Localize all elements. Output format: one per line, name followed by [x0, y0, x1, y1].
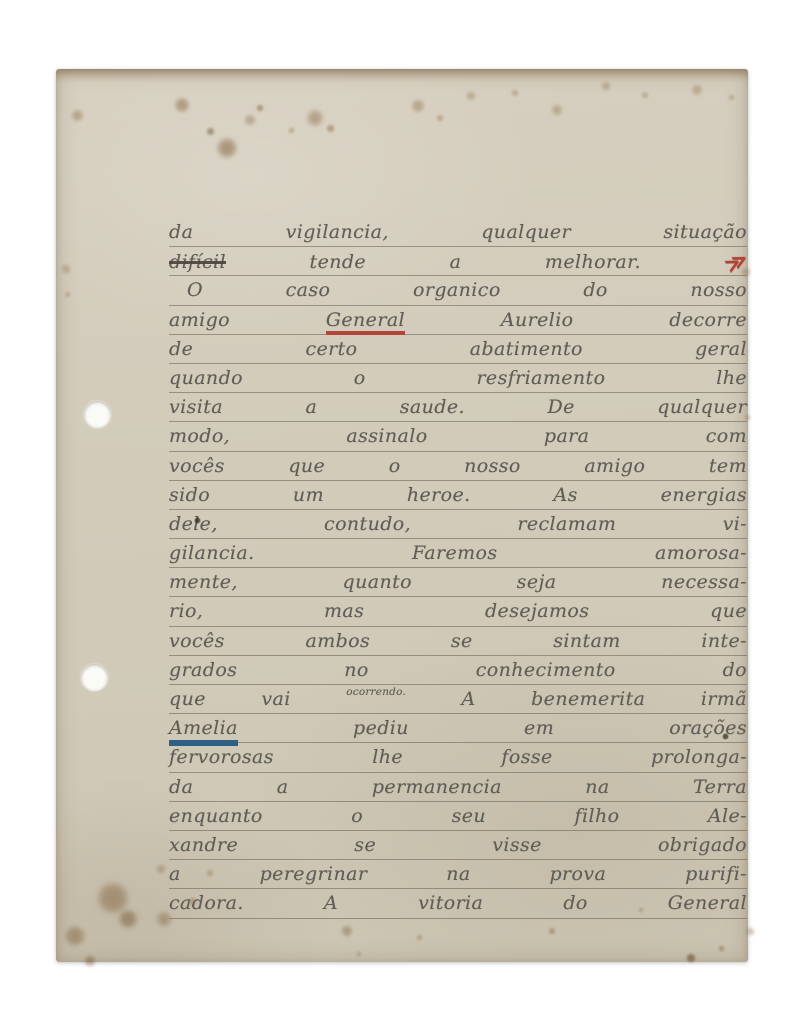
paper-stain: [288, 127, 295, 134]
blue-underlined-word: Amelia: [169, 717, 238, 746]
paper-stain: [691, 84, 703, 96]
manuscript-line: xandre se visse obrigado: [169, 831, 747, 860]
manuscript-line: fervorosas lhe fosse prolonga-: [169, 743, 747, 772]
paper-stain: [71, 109, 84, 122]
handwriting-text: vocês ambos se sintam inte-: [169, 630, 747, 652]
paper-stain: [216, 137, 238, 159]
paper-stain: [551, 104, 563, 116]
manuscript-line: O caso organico do nosso: [169, 276, 747, 305]
manuscript-line: da vigilancia, qualquer situação: [169, 218, 747, 247]
handwriting-text: amigo: [169, 309, 230, 331]
scanned-document-page: { "document": { "kind": "handwritten man…: [0, 0, 806, 1024]
paper-stain: [64, 925, 86, 947]
paper-stain: [411, 99, 425, 113]
paper-stain: [156, 864, 166, 874]
paper-stain: [118, 909, 138, 929]
handwriting-text: a peregrinar na prova purifi-: [169, 863, 747, 885]
manuscript-line: mente, quanto seja necessa-: [169, 568, 747, 597]
red-pencil-mark: ≫: [720, 244, 753, 279]
paper-stain: [728, 94, 735, 101]
handwriting-text: rio, mas desejamos que: [169, 600, 747, 622]
manuscript-line: dele, contudo, reclamam vi-: [169, 510, 747, 539]
paper-stain: [306, 109, 324, 127]
paper-stain: [511, 89, 519, 97]
paper-stain: [416, 934, 423, 941]
handwriting-text: dele, contudo, reclamam vi-: [169, 513, 747, 535]
paper-stain: [256, 104, 264, 112]
manuscript-line: de certo abatimento geral: [169, 335, 747, 364]
handwriting-text: visita a saude. De qualquer: [169, 396, 747, 418]
paper-stain: [206, 127, 215, 136]
inserted-word-above-line: ocorrendo.: [346, 686, 406, 698]
paper-stain: [341, 925, 353, 937]
handwriting-text: da vigilancia, qualquer situação: [169, 221, 747, 243]
hole-punch-top: [84, 401, 111, 428]
manuscript-line: gilancia. Faremos amorosa-: [169, 539, 747, 568]
paper-stain: [686, 953, 696, 963]
handwriting-text: tende a melhorar.: [310, 251, 641, 273]
handwriting-text: mente, quanto seja necessa-: [169, 571, 747, 593]
hole-punch-bottom: [81, 664, 108, 691]
manuscript-line: difícil tende a melhorar. ≫: [169, 247, 747, 276]
handwriting-text: modo, assinalo para com: [169, 425, 747, 447]
paper-stain: [356, 951, 362, 957]
paper-stain: [61, 264, 71, 274]
paper-stain: [548, 927, 556, 935]
paper-stain: [244, 114, 256, 126]
manuscript-line: visita a saude. De qualquer: [169, 393, 747, 422]
handwriting-text: cadora. A vitoria do General: [169, 892, 747, 914]
handwriting-text: da a permanencia na Terra: [169, 776, 747, 798]
red-underlined-word: General: [326, 309, 405, 335]
handwriting-text: sido um heroe. As energias: [169, 484, 747, 506]
paper-stain: [436, 114, 444, 122]
handwriting-text: de certo abatimento geral: [169, 338, 747, 360]
paper-stain: [64, 291, 71, 298]
manuscript-line: modo, assinalo para com: [169, 422, 747, 451]
paper-stain: [641, 91, 649, 99]
manuscript-paper: da vigilancia, qualquer situaçãodifícil …: [56, 69, 748, 962]
manuscript-line: sido um heroe. As energias: [169, 481, 747, 510]
manuscript-line: grados no conhecimento do: [169, 656, 747, 685]
manuscript-line: que vai ocorrendo. A benemerita irmã: [169, 685, 747, 714]
paper-stain: [466, 91, 476, 101]
handwriting-text: enquanto o seu filho Ale-: [169, 805, 747, 827]
handwriting-text: xandre se visse obrigado: [169, 834, 747, 856]
paper-stain: [746, 927, 755, 936]
manuscript-line: vocês ambos se sintam inte-: [169, 627, 747, 656]
handwriting-text: vocês que o nosso amigo tem: [169, 455, 747, 477]
handwriting-text: Aurelio decorre: [501, 309, 747, 331]
handwriting-text: gilancia. Faremos amorosa-: [169, 542, 747, 564]
manuscript-line: cadora. A vitoria do General: [169, 889, 747, 918]
struck-out-word: difícil: [169, 251, 226, 273]
manuscript-line: Amelia pediu em orações: [169, 714, 747, 743]
handwriting-text: fervorosas lhe fosse prolonga-: [169, 746, 747, 768]
handwriting-text: grados no conhecimento do: [169, 659, 747, 681]
handwriting-text: O caso organico do nosso: [187, 279, 747, 301]
manuscript-line: vocês que o nosso amigo tem: [169, 452, 747, 481]
foxing-stain-band: [56, 69, 748, 83]
manuscript-line: da a permanencia na Terra: [169, 773, 747, 802]
manuscript-lines: da vigilancia, qualquer situaçãodifícil …: [169, 218, 747, 919]
handwriting-text: quando o resfriamento lhe: [169, 367, 747, 389]
paper-stain: [326, 124, 335, 133]
manuscript-line: a peregrinar na prova purifi-: [169, 860, 747, 889]
paper-stain: [96, 881, 130, 915]
handwriting-text: que vai: [169, 688, 291, 710]
manuscript-line: enquanto o seu filho Ale-: [169, 802, 747, 831]
paper-stain: [174, 97, 190, 113]
handwriting-text: pediu em orações: [353, 717, 747, 739]
handwriting-text: A benemerita irmã: [461, 688, 747, 710]
paper-stain: [718, 945, 725, 952]
paper-stain: [84, 955, 96, 967]
manuscript-line: rio, mas desejamos que: [169, 597, 747, 626]
manuscript-line: amigo General Aurelio decorre: [169, 306, 747, 335]
manuscript-line: quando o resfriamento lhe: [169, 364, 747, 393]
